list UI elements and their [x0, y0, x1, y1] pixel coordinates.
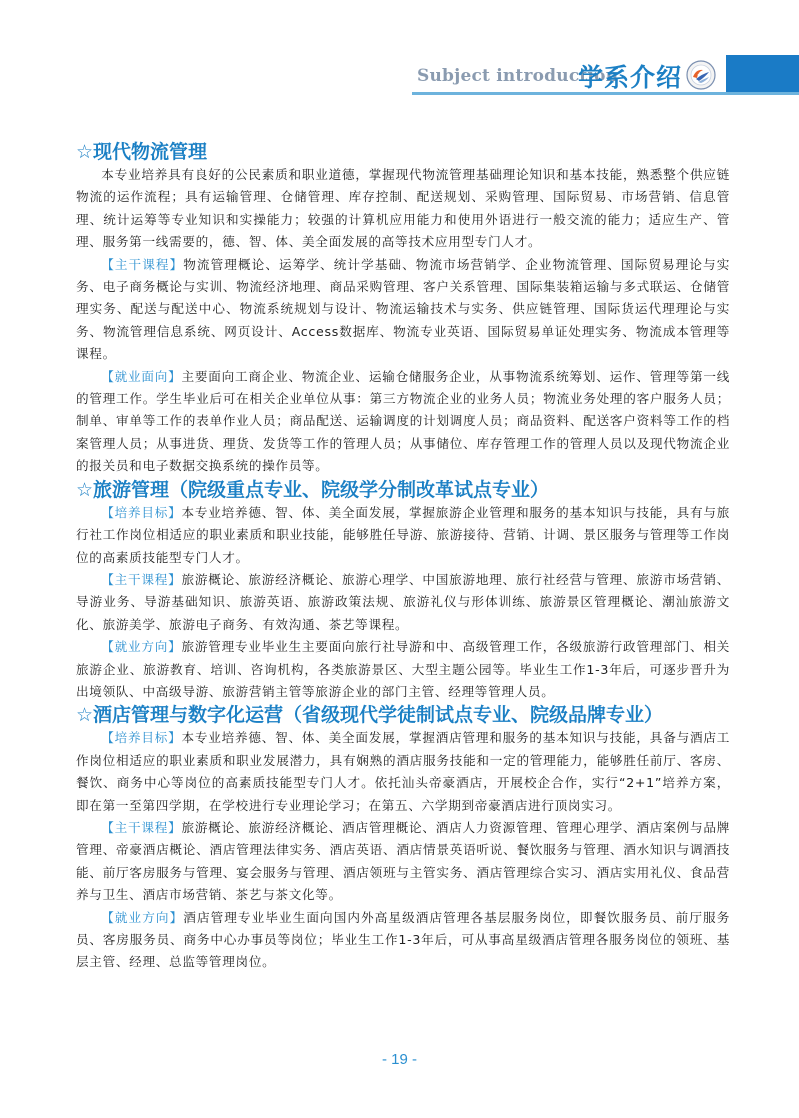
paragraph-goal: 【培养目标】本专业培养德、智、体、美全面发展，掌握旅游企业管理和服务的基本知识与… [76, 502, 730, 569]
paragraph-employment: 【就业方向】旅游管理专业毕业生主要面向旅行社导游和中、高级管理工作，各级旅游行政… [76, 636, 730, 703]
page-number: - 19 - [0, 1051, 799, 1068]
paragraph-tag: 【就业面向】 [101, 369, 181, 384]
paragraph-tag: 【就业方向】 [101, 639, 181, 654]
paragraph-tag: 【主干课程】 [101, 257, 183, 272]
paragraph-text: 本专业培养具有良好的公民素质和职业道德，掌握现代物流管理基础理论知识和基本技能，… [76, 167, 730, 249]
section-logistics: ☆现代物流管理 本专业培养具有良好的公民素质和职业道德，掌握现代物流管理基础理论… [76, 140, 730, 478]
paragraph-tag: 【培养目标】 [101, 730, 181, 745]
paragraph-employment: 【就业面向】主要面向工商企业、物流企业、运输仓储服务企业，从事物流系统筹划、运作… [76, 366, 730, 478]
header-accent-bar [726, 55, 799, 92]
section-hotel: ☆酒店管理与数字化运营（省级现代学徒制试点专业、院级品牌专业） 【培养目标】本专… [76, 703, 730, 973]
paragraph-courses: 【主干课程】旅游概论、旅游经济概论、酒店管理概论、酒店人力资源管理、管理心理学、… [76, 817, 730, 907]
section-title: ☆现代物流管理 [76, 140, 730, 164]
paragraph-tag: 【主干课程】 [101, 572, 181, 587]
paragraph-tag: 【培养目标】 [101, 505, 181, 520]
paragraph-courses: 【主干课程】物流管理概论、运筹学、统计学基础、物流市场营销学、企业物流管理、国际… [76, 254, 730, 366]
section-title: ☆酒店管理与数字化运营（省级现代学徒制试点专业、院级品牌专业） [76, 703, 730, 727]
paragraph-employment: 【就业方向】酒店管理专业毕业生面向国内外高星级酒店管理各基层服务岗位，即餐饮服务… [76, 907, 730, 974]
svg-text:+: + [697, 72, 701, 78]
paragraph-text: 物流管理概论、运筹学、统计学基础、物流市场营销学、企业物流管理、国际贸易理论与实… [76, 257, 730, 362]
paragraph-tag: 【就业方向】 [101, 910, 183, 925]
school-emblem-icon: + [686, 60, 716, 90]
paragraph-courses: 【主干课程】旅游概论、旅游经济概论、旅游心理学、中国旅游地理、旅行社经营与管理、… [76, 569, 730, 636]
paragraph-goal: 【培养目标】本专业培养德、智、体、美全面发展，掌握酒店管理和服务的基本知识与技能… [76, 727, 730, 817]
page-content: ☆现代物流管理 本专业培养具有良好的公民素质和职业道德，掌握现代物流管理基础理论… [76, 140, 730, 974]
section-title: ☆旅游管理（院级重点专业、院级学分制改革试点专业） [76, 478, 730, 502]
section-tourism: ☆旅游管理（院级重点专业、院级学分制改革试点专业） 【培养目标】本专业培养德、智… [76, 478, 730, 704]
paragraph-tag: 【主干课程】 [101, 820, 181, 835]
header-divider [412, 92, 799, 95]
page-header: Subject introduction 学系介绍 + [0, 0, 799, 100]
paragraph-intro: 本专业培养具有良好的公民素质和职业道德，掌握现代物流管理基础理论知识和基本技能，… [76, 164, 730, 254]
paragraph-text: 主要面向工商企业、物流企业、运输仓储服务企业，从事物流系统筹划、运作、管理等第一… [76, 369, 730, 474]
header-title-cn: 学系介绍 [578, 58, 682, 94]
